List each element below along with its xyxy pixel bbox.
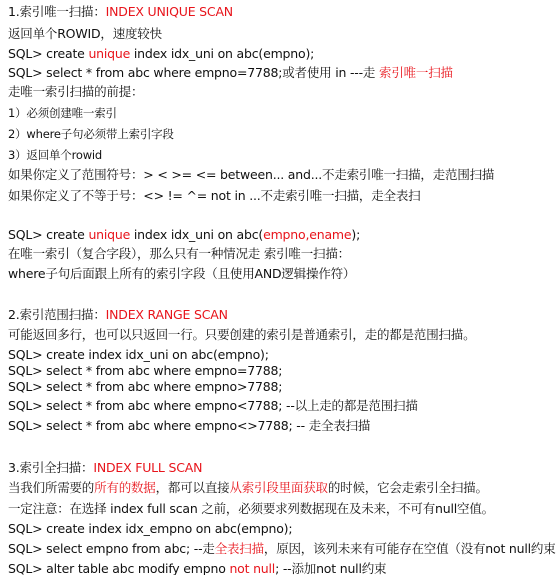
section1-prereq-3: 3）返回单个rowid (8, 146, 102, 164)
text: ，原因，该列未来有可能存在空值（没有not null约束） (264, 541, 556, 556)
section1-prereq-1: 1）必须创建唯一索引 (8, 104, 117, 122)
section2-heading-en: INDEX RANGE SCAN (106, 307, 228, 322)
section1-composite-rule: where子句后面跟上所有的索引字段（且使用AND逻辑操作符） (8, 265, 355, 283)
keyword-unique: unique (88, 46, 130, 61)
text: SQL> alter table abc modify empno (8, 561, 229, 575)
highlight-unique-scan: 索引唯一扫描 (379, 65, 453, 80)
section1-heading-en: INDEX UNIQUE SCAN (106, 4, 233, 19)
section1-range-note: 如果你定义了范围符号：> < >= <= between... and...不走… (8, 166, 494, 184)
section1-notequal-note: 如果你定义了不等于号：<> != ^= not in ...不走索引唯一扫描，走… (8, 187, 420, 205)
section3-sql-select: SQL> select empno from abc; --走全表扫描，原因，该… (8, 540, 556, 558)
section2-heading: 2.索引范围扫描：INDEX RANGE SCAN (8, 306, 228, 324)
text: 当我们所需要的 (8, 480, 94, 495)
text: SQL> select * from abc where empno=7788;… (8, 65, 379, 80)
section2-sql-gt: SQL> select * from abc where empno>7788; (8, 378, 282, 396)
composite-columns: empno,ename (263, 227, 351, 242)
text: ); (351, 227, 360, 242)
section3-heading-en: INDEX FULL SCAN (93, 460, 202, 475)
highlight-from-index: 从索引段里面获取 (229, 480, 327, 495)
text: ; --添加not null约束 (275, 561, 386, 575)
section2-sql-ne: SQL> select * from abc where empno<>7788… (8, 417, 370, 435)
text: index idx_uni on abc(empno); (130, 46, 314, 61)
text: ，都可以直接 (156, 480, 230, 495)
text: SQL> create (8, 227, 88, 242)
keyword-unique: unique (88, 227, 130, 242)
section3-sql-alter: SQL> alter table abc modify empno not nu… (8, 560, 386, 575)
section2-line-1: 可能返回多行，也可以只返回一行。只要创建的索引是普通索引，走的都是范围扫描。 (8, 326, 475, 344)
text: SQL> select empno from abc; --走 (8, 541, 215, 556)
section1-prereq-heading: 走唯一索引扫描的前提： (8, 83, 143, 101)
section3-heading: 3.索引全扫描：INDEX FULL SCAN (8, 459, 202, 477)
section1-sql-create-unique: SQL> create unique index idx_uni on abc(… (8, 45, 314, 63)
section1-sql-composite: SQL> create unique index idx_uni on abc(… (8, 226, 360, 244)
section3-line-1: 当我们所需要的所有的数据，都可以直接从索引段里面获取的时候，它会走索引全扫描。 (8, 479, 488, 497)
section3-sql-create: SQL> create index idx_empno on abc(empno… (8, 520, 292, 538)
text: SQL> create (8, 46, 88, 61)
section2-heading-prefix: 2.索引范围扫描： (8, 307, 106, 322)
section1-prereq-2: 2）where子句必须带上索引字段 (8, 125, 174, 143)
text: 的时候，它会走索引全扫描。 (328, 480, 488, 495)
section1-sql-select: SQL> select * from abc where empno=7788;… (8, 64, 453, 82)
document: 1.索引唯一扫描：INDEX UNIQUE SCAN 返回单个ROWID，速度较… (0, 0, 556, 575)
section1-heading-prefix: 1.索引唯一扫描： (8, 4, 106, 19)
section3-note: 一定注意：在选择 index full scan 之前，必须要求列数据现在及未来… (8, 500, 494, 518)
highlight-all-data: 所有的数据 (94, 480, 156, 495)
section1-line-1: 返回单个ROWID，速度较快 (8, 25, 162, 43)
highlight-full-table-scan: 全表扫描 (215, 541, 264, 556)
keyword-not-null: not null (229, 561, 275, 575)
text: index idx_uni on abc( (130, 227, 263, 242)
section3-heading-prefix: 3.索引全扫描： (8, 460, 93, 475)
section2-sql-lt: SQL> select * from abc where empno<7788;… (8, 397, 418, 415)
section1-heading: 1.索引唯一扫描：INDEX UNIQUE SCAN (8, 3, 233, 21)
section1-composite-note: 在唯一索引（复合字段），那么只有一种情况走 索引唯一扫描： (8, 245, 350, 263)
